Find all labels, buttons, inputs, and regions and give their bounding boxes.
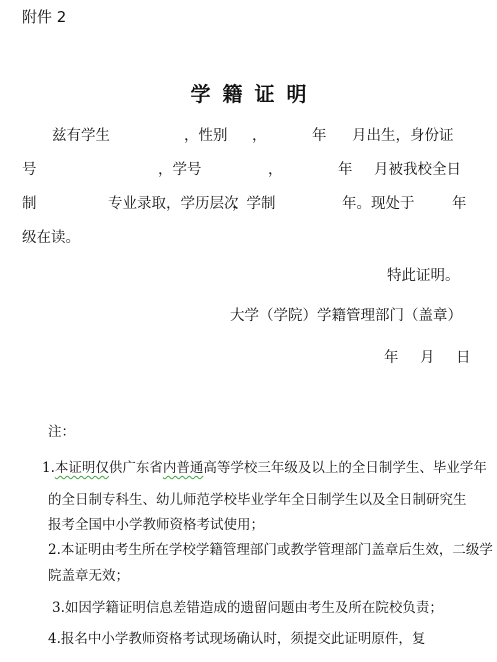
body-text: 号 [22,158,37,179]
note-text: 高等学校三年级及以上的全日制学生、毕业学年 [203,460,487,476]
body-text: 月被我校全日 [374,158,461,179]
body-text: 年 [312,124,327,145]
body-text: 月出生，身份证 [352,124,454,145]
body-text: ， [268,158,283,179]
body-text: 制 [22,192,37,213]
document-title: 学籍证明 [0,78,497,107]
body-line-4: 级在读。 [22,226,80,247]
body-text: ，性别 [184,124,228,145]
body-text: ，学制 [232,192,276,213]
body-text: 年 [452,192,467,213]
note-number: 1. [42,460,55,476]
note-item-1-line-2: 的全日制专科生、幼儿师范学校毕业学年全日制学生以及全日制研究生 [48,488,467,508]
date-day: 日 [456,346,471,367]
body-line-3: 制 专业录取，学历层次 ，学制 年。现处于 年 [0,192,497,212]
note-item-3: 3.如因学籍证明信息差错造成的遗留问题由考生及所在院校负责； [52,596,443,616]
note-item-1-line-3: 报考全国中小学教师资格考试使用； [48,513,264,533]
closing-text: 特此证明。 [387,264,460,285]
notes-heading: 注： [48,420,75,440]
body-line-2: 号 ，学号 ， 年 月被我校全日 [0,158,497,178]
note-item-2-line-2: 院盖章无效； [48,564,129,584]
body-text: ，学号 [158,158,202,179]
body-text: 兹有学生 [52,124,110,145]
body-text: 专业录取，学历层次 [108,192,239,213]
attachment-label: 附件 2 [22,6,66,27]
spellcheck-underlined-text: 内普通 [163,460,204,476]
note-item-2: 2.本证明由考生所在学校学籍管理部门或教学管理部门盖章后生效，二级学 [48,538,493,558]
body-line-1: 兹有学生 ，性别 ， 年 月出生，身份证 [0,124,497,144]
body-text: 年 [338,158,353,179]
date-year: 年 [384,346,399,367]
note-item-1: 1.本证明仅供广东省内普通高等学校三年级及以上的全日制学生、毕业学年 [42,456,487,476]
spellcheck-underlined-text: 本证明仅 [55,460,109,476]
note-item-4: 4.报名中小学教师资格考试现场确认时，须提交此证明原件，复 [48,627,425,647]
body-text: 年。现处于 [342,192,415,213]
body-text: ， [252,124,267,145]
note-text: 供广东省 [109,460,163,476]
date-line: 年 月 日 [0,346,497,366]
issuer-seal-text: 大学（学院）学籍管理部门（盖章） [230,304,462,325]
date-month: 月 [420,346,435,367]
